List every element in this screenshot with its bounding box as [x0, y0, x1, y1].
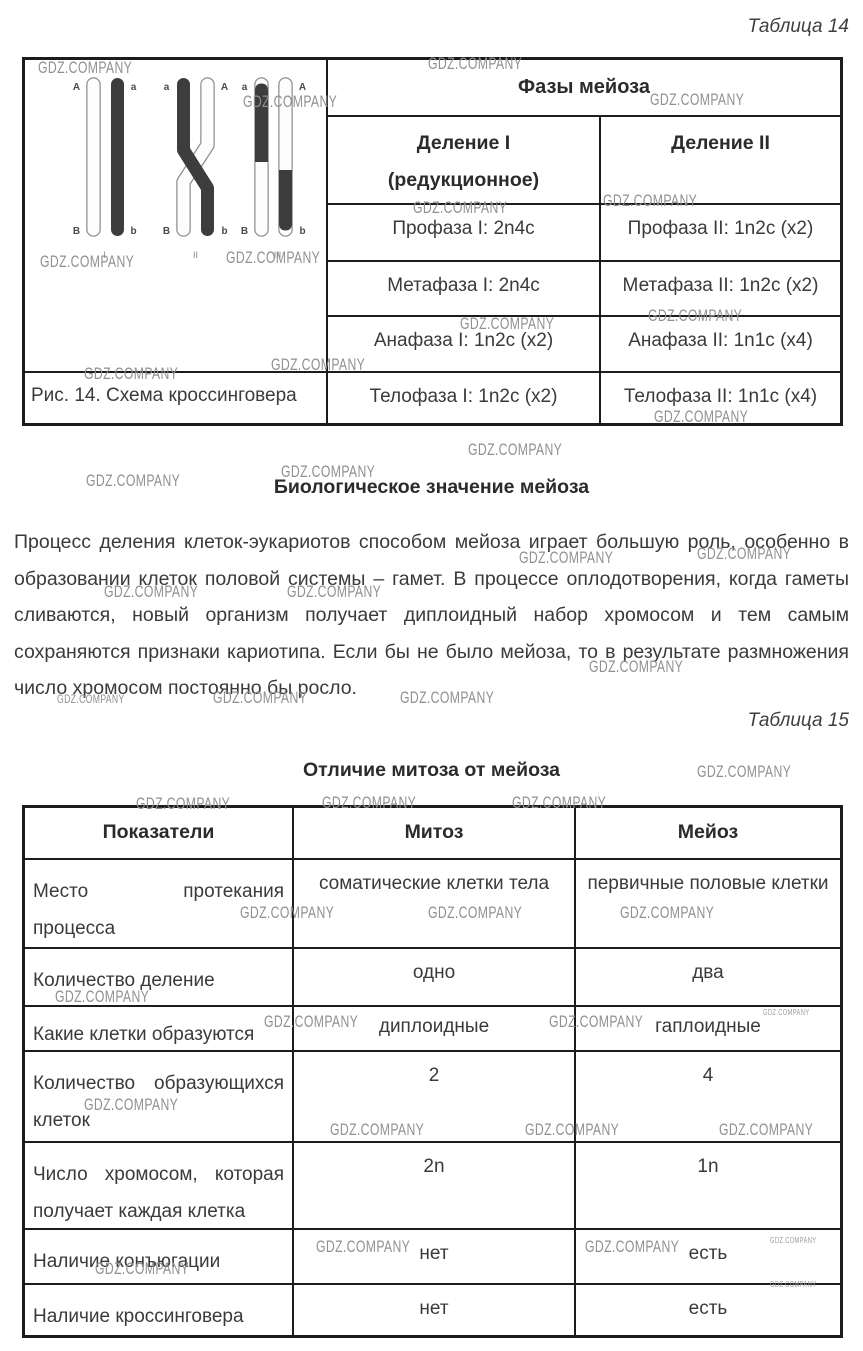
table-row: Место протекания процесса соматические к…	[25, 860, 840, 949]
table-row: Телофаза I: 1n2c (x2) Телофаза II: 1n1c …	[328, 373, 840, 423]
meiosis-table-title: Фазы мейоза	[328, 60, 840, 117]
meiosis-phases-columns: Фазы мейоза Деление I (редукционное) Дел…	[328, 60, 840, 423]
division2-header: Деление II	[601, 117, 840, 203]
body-paragraph: Процесс деления клеток-эукариотов способ…	[14, 524, 849, 707]
meiosis-cell: два	[576, 949, 840, 1005]
table-header-row: Показатели Митоз Мейоз	[25, 808, 840, 860]
indicator-cell: Наличие кроссинговера	[25, 1285, 294, 1335]
indicator-cell: Место протекания процесса	[25, 860, 294, 947]
mitosis-cell: диплоидные	[294, 1007, 576, 1050]
mitosis-cell: 2n	[294, 1143, 576, 1228]
division1-header: Деление I (редукционное)	[328, 117, 601, 203]
mitosis-cell: нет	[294, 1285, 576, 1335]
crossingover-figure-cell: A a B b I a A B b II	[25, 60, 328, 423]
column-header: Митоз	[294, 808, 576, 858]
meiosis-phases-table: A a B b I a A B b II	[22, 57, 843, 426]
table-row: Наличие кроссинговера нет есть	[25, 1285, 840, 1335]
meiosis-cell: есть	[576, 1230, 840, 1283]
table-row: Профаза I: 2n4c Профаза II: 1n2c (x2)	[328, 205, 840, 262]
allele-label: B	[241, 226, 248, 237]
table14-label: Таблица 14	[748, 16, 849, 38]
column-header: Мейоз	[576, 808, 840, 858]
panel-numeral: I	[103, 250, 106, 260]
phase-cell: Метафаза I: 2n4c	[328, 262, 601, 315]
phase-cell: Профаза II: 1n2c (x2)	[601, 205, 840, 260]
table-row: Количество образующихся клеток 2 4	[25, 1052, 840, 1143]
chromosome-crossover-diagram: A a B b I a A B b II	[31, 70, 326, 270]
allele-label: b	[221, 226, 227, 237]
table-row: Число хромосом, которая получает каждая …	[25, 1143, 840, 1230]
indicator-cell: Количество образующихся клеток	[25, 1052, 294, 1141]
phase-cell: Телофаза II: 1n1c (x4)	[601, 373, 840, 423]
table15-label: Таблица 15	[748, 710, 849, 732]
mitosis-cell: соматические клетки тела	[294, 860, 576, 947]
crossingover-figure: A a B b I a A B b II	[25, 60, 326, 373]
table-row: Наличие конъюгации нет есть	[25, 1230, 840, 1285]
meiosis-cell: первичные половые клетки	[576, 860, 840, 947]
table-row: Количество деление одно два	[25, 949, 840, 1007]
column-header: Показатели	[25, 808, 294, 858]
mitosis-cell: одно	[294, 949, 576, 1005]
allele-label: a	[164, 82, 170, 93]
panel-numeral: II	[193, 250, 198, 260]
meiosis-cell: 1n	[576, 1143, 840, 1228]
document-page: Таблица 14 A a B b I	[0, 0, 863, 1351]
phase-cell: Метафаза II: 1n2c (x2)	[601, 262, 840, 315]
mitosis-cell: нет	[294, 1230, 576, 1283]
phase-cell: Анафаза II: 1n1c (x4)	[601, 317, 840, 371]
meiosis-cell: есть	[576, 1285, 840, 1335]
section-heading: Биологическое значение мейоза	[0, 476, 863, 499]
allele-label: A	[299, 82, 306, 93]
allele-label: a	[242, 82, 248, 93]
mitosis-meiosis-comparison-table: Показатели Митоз Мейоз Место протекания …	[22, 805, 843, 1338]
meiosis-cell: 4	[576, 1052, 840, 1141]
mitosis-cell: 2	[294, 1052, 576, 1141]
allele-label: b	[299, 226, 305, 237]
panel-numeral: III	[274, 250, 282, 260]
table-row: Метафаза I: 2n4c Метафаза II: 1n2c (x2)	[328, 262, 840, 317]
meiosis-cell: гаплоидные	[576, 1007, 840, 1050]
phase-cell: Профаза I: 2n4c	[328, 205, 601, 260]
allele-label: a	[131, 82, 137, 93]
panel-1: A a B b I	[73, 82, 137, 260]
table-row: Какие клетки образуются диплоидные гапло…	[25, 1007, 840, 1052]
table-row: Анафаза I: 1n2c (x2) Анафаза II: 1n1c (x…	[328, 317, 840, 373]
allele-label: A	[221, 82, 228, 93]
watermark: GDZ.COMPANY	[468, 440, 562, 460]
allele-label: b	[130, 226, 136, 237]
indicator-cell: Количество деление	[25, 949, 294, 1005]
indicator-cell: Какие клетки образуются	[25, 1007, 294, 1050]
allele-label: B	[73, 226, 80, 237]
phase-cell: Анафаза I: 1n2c (x2)	[328, 317, 601, 371]
phase-cell: Телофаза I: 1n2c (x2)	[328, 373, 601, 423]
table15-title: Отличие митоза от мейоза	[0, 759, 863, 782]
indicator-cell: Наличие конъюгации	[25, 1230, 294, 1283]
indicator-cell: Число хромосом, которая получает каждая …	[25, 1143, 294, 1228]
allele-label: A	[73, 82, 80, 93]
panel-2: a A B b II	[163, 82, 228, 260]
figure-caption: Рис. 14. Схема кроссинговера	[25, 373, 326, 423]
allele-label: B	[163, 226, 170, 237]
panel-3: a A B b III	[241, 82, 306, 260]
